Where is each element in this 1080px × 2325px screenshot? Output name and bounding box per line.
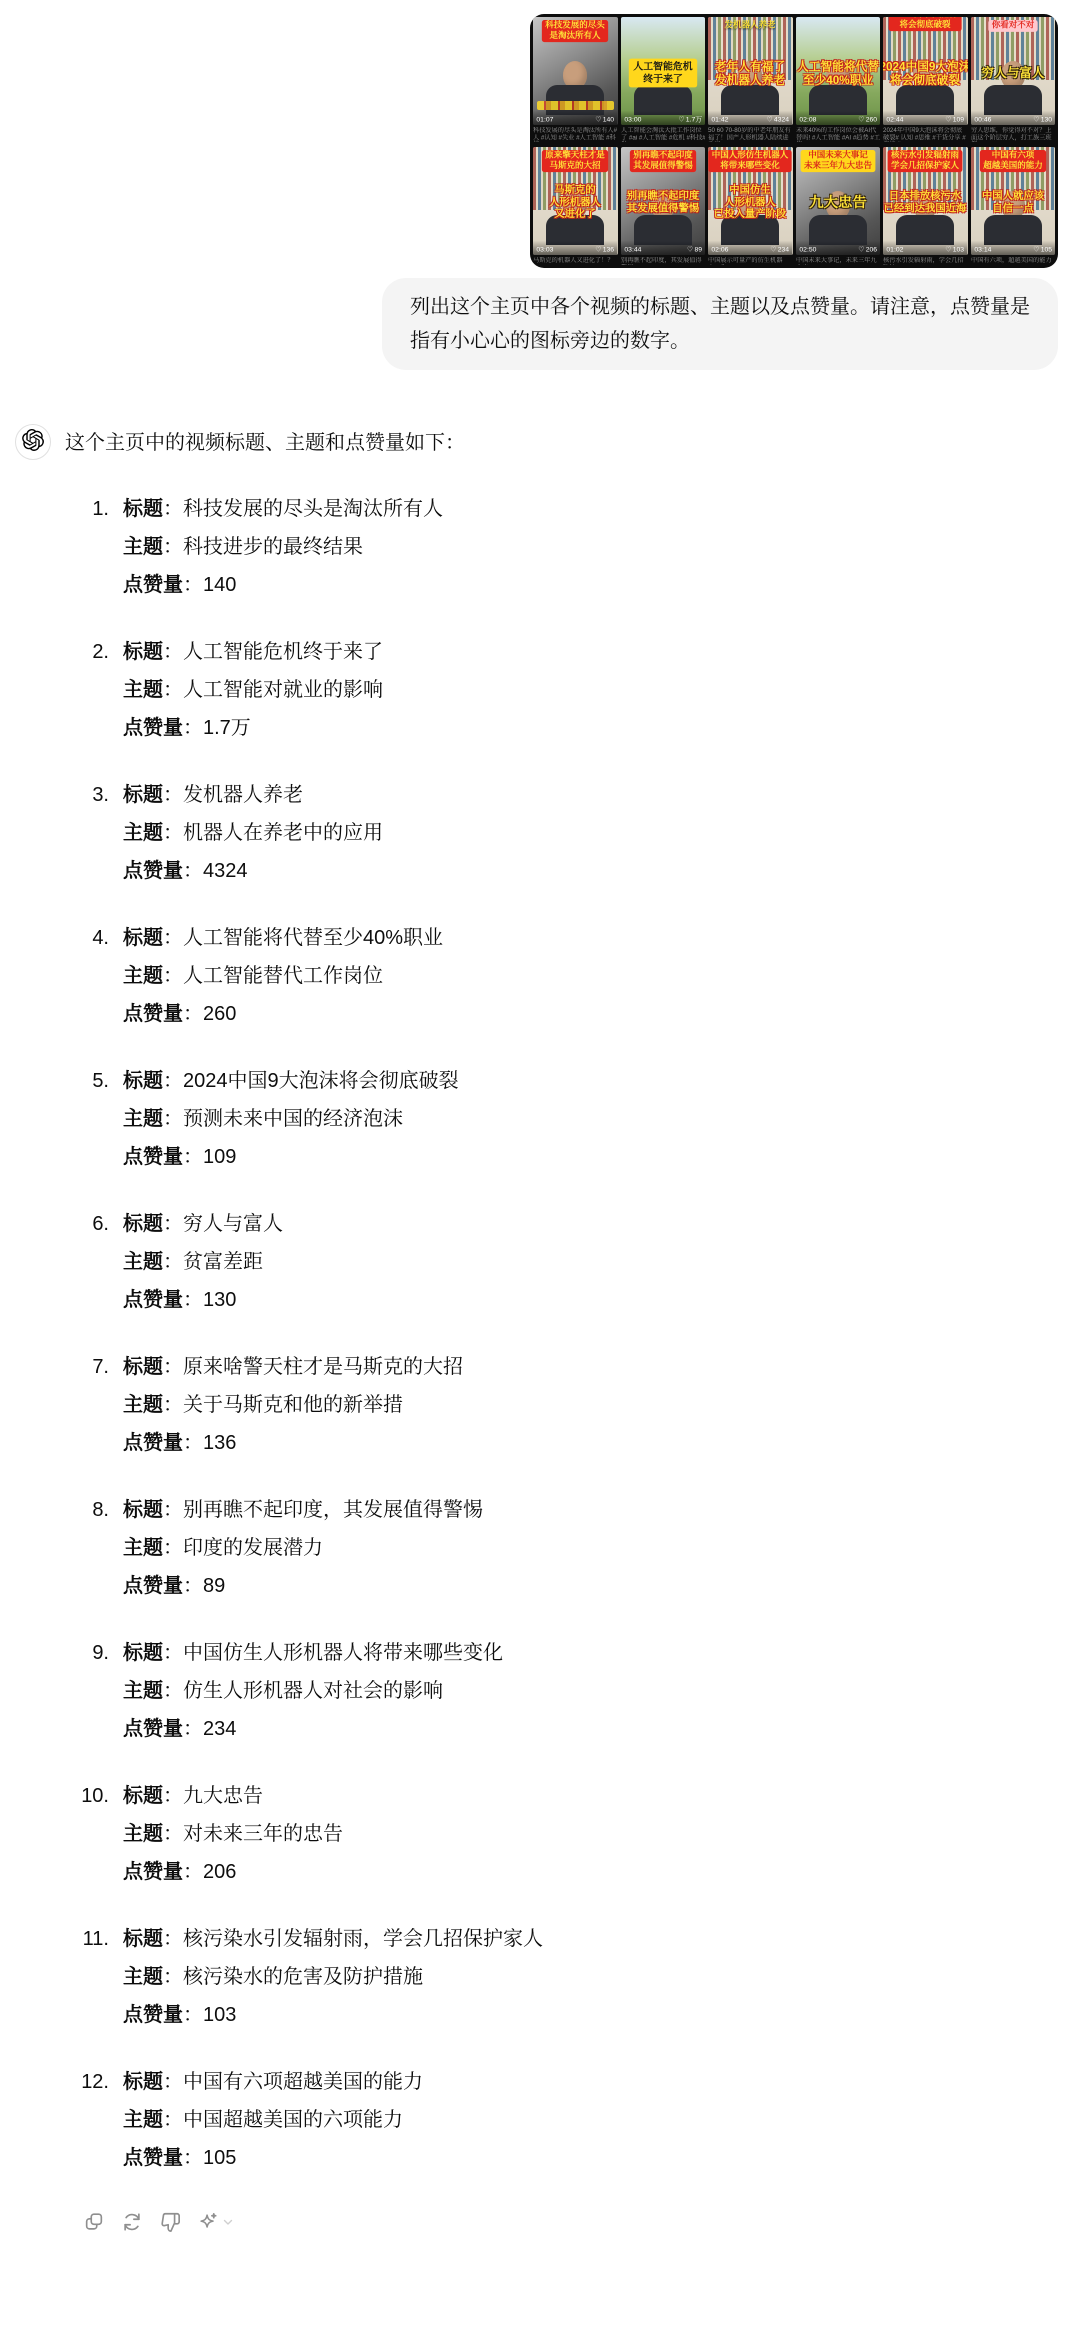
overlay-line: 人形机器人 [549,197,601,209]
video-preview: 发机器人养老老年人有福了发机器人养老01:42♡4324 [708,17,793,125]
video-meta-bar: 03:03♡136 [533,241,617,255]
chevron-down-icon [221,2215,235,2229]
item-likes-line: 点赞量：130 [123,1281,283,1319]
item-likes-label: 点赞量 [123,1289,183,1311]
video-meta-bar: 02:06♡234 [708,241,792,255]
item-title-line: 标题：人工智能将代替至少40%职业 [123,919,443,957]
banner-line: 别再瞧不起印度 [633,151,693,161]
like-count: ♡1.7万 [678,116,702,123]
thumbnail-overlay-title: 穷人与富人 [981,66,1044,80]
overlay-line: 人工智能将代替 [797,60,879,74]
item-title-value: 人工智能危机终于来了 [183,641,383,663]
thumbnail-banner: 2024中国9大泡沫将会彻底破裂 [889,17,962,31]
item-topic-label: 主题 [123,1394,163,1416]
item-title-label: 标题 [123,1499,163,1521]
video-thumbnail: 中国未来大事记未来三年九大忠告九大忠告02:50♡206中国未来大事记，未来三年… [796,147,881,265]
video-list: 1.标题：科技发展的尽头是淘汰所有人主题：科技进步的最终结果点赞量：1402.标… [65,490,1058,2177]
item-likes-colon: ： [183,574,203,596]
video-caption-text: 2024年中国9大泡沫将会彻底破裂# 认知 #思维 #干货分享 #泡沫 #… [883,127,968,142]
like-count: ♡103 [945,246,964,253]
thumbnail-overlay-title: 别再瞧不起印度其发展值得警惕 [627,191,699,215]
list-item: 5.标题：2024中国9大泡沫将会彻底破裂主题：预测未来中国的经济泡沫点赞量：1… [65,1062,1058,1176]
item-likes-colon: ： [183,717,203,739]
heart-icon: ♡ [687,246,693,253]
like-count: ♡140 [595,116,614,123]
item-title-line: 标题：九大忠告 [123,1777,343,1815]
overlay-line: 日本排放核污水 [884,191,967,203]
video-meta-bar: 01:07♡140 [533,111,617,125]
thumbnail-banner: 中国未来大事记未来三年九大忠告 [800,150,875,172]
item-topic-label: 主题 [123,1823,163,1845]
video-duration: 03:00 [624,116,641,123]
video-caption: 中国展示可量产的仿生机器人，生 [708,257,793,265]
item-likes-line: 点赞量：103 [123,1996,543,2034]
thumbnail-banner: 你看对不对 [988,20,1037,32]
item-likes-value: 1.7万 [203,717,251,739]
item-likes-colon: ： [183,1575,203,1597]
item-title-colon: ： [163,2071,183,2093]
item-likes-value: 89 [203,1575,225,1597]
item-likes-colon: ： [183,1289,203,1311]
assistant-turn: 这个主页中的视频标题、主题和点赞量如下： 1.标题：科技发展的尽头是淘汰所有人主… [15,424,1058,2233]
video-duration: 03:03 [536,246,553,253]
banner-line: 马斯克的大招 [546,161,606,171]
like-number: 89 [694,246,702,253]
like-number: 206 [865,246,876,253]
caption-overlay-strip [537,101,614,110]
video-caption: 中国有六项，超越美国的能力 # [971,257,1056,265]
overlay-line: 2024中国9大泡沫 [883,60,968,74]
video-meta-bar: 03:00♡1.7万 [621,111,705,125]
regenerate-button[interactable] [121,2211,143,2233]
item-likes-label: 点赞量 [123,2004,183,2026]
like-number: 4324 [774,116,789,123]
item-likes-label: 点赞量 [123,717,183,739]
overlay-line: 穷人与富人 [981,66,1044,80]
item-likes-value: 136 [203,1432,236,1454]
video-duration: 02:50 [799,246,816,253]
item-likes-colon: ： [183,2147,203,2169]
item-topic-line: 主题：对未来三年的忠告 [123,1815,343,1853]
item-topic-value: 对未来三年的忠告 [183,1823,343,1845]
item-topic-line: 主题：中国超越美国的六项能力 [123,2101,423,2139]
banner-line: 核污水引发辐射雨 [891,151,959,161]
thumbnail-overlay-title: 中国人就应该自信一点 [982,191,1044,215]
like-count: ♡105 [1033,246,1052,253]
overlay-line: 其发展值得警惕 [627,203,699,215]
item-title-colon: ： [163,1642,183,1664]
video-meta-bar: 01:02♡103 [883,241,967,255]
item-topic-colon: ： [163,536,183,558]
item-title-value: 发机器人养老 [183,784,303,806]
item-likes-line: 点赞量：260 [123,995,443,1033]
assistant-message: 这个主页中的视频标题、主题和点赞量如下： 1.标题：科技发展的尽头是淘汰所有人主… [65,424,1058,2233]
overlay-line: 自信一点 [982,203,1044,215]
video-caption: 未来40%的工作岗位会被AI代替吗! #人工智能 #AI #趋势 #工作… [796,127,881,142]
overlay-line: 中国仿生 [714,185,786,197]
item-title-line: 标题：2024中国9大泡沫将会彻底破裂 [123,1062,459,1100]
video-preview: 科技发展的尽头是淘汰所有人01:07♡140 [533,17,618,125]
item-likes-value: 260 [203,1003,236,1025]
copy-button[interactable] [83,2211,105,2233]
like-count: ♡260 [858,116,877,123]
item-likes-line: 点赞量：4324 [123,852,383,890]
thumbs-down-icon [159,2211,181,2233]
item-title-colon: ： [163,1356,183,1378]
banner-line: 你看对不对 [992,21,1035,31]
item-number: 2. [65,633,109,747]
video-duration: 01:42 [711,116,728,123]
uploaded-image-attachment[interactable]: 科技发展的尽头是淘汰所有人01:07♡140科技发展的尽头是淘汰所有人#人 #认… [530,14,1058,268]
item-topic-label: 主题 [123,965,163,987]
item-title-colon: ： [163,1785,183,1807]
item-topic-label: 主题 [123,822,163,844]
video-meta-bar: 00:46♡130 [971,111,1055,125]
item-topic-colon: ： [163,679,183,701]
item-title-line: 标题：科技发展的尽头是淘汰所有人 [123,490,443,528]
item-topic-value: 关于马斯克和他的新举措 [183,1394,403,1416]
video-caption-text: 中国展示可量产的仿生机器人，生 [708,257,793,265]
item-likes-colon: ： [183,1003,203,1025]
item-title-label: 标题 [123,927,163,949]
item-number: 11. [65,1920,109,2034]
list-item: 2.标题：人工智能危机终于来了主题：人工智能对就业的影响点赞量：1.7万 [65,633,1058,747]
list-item: 10.标题：九大忠告主题：对未来三年的忠告点赞量：206 [65,1777,1058,1891]
video-caption: 50 60 70-80岁的中老年朋友有福了！国产人形机器人陆续进千家… [708,127,793,142]
video-preview: 原来擎天柱才是马斯克的大招马斯克的人形机器人又进化了03:03♡136 [533,147,618,255]
item-topic-colon: ： [163,1966,183,1988]
item-likes-line: 点赞量：136 [123,1424,463,1462]
video-thumbnail: 中国人形仿生机器人将带来哪些变化中国仿生人形机器人已投入量产阶段02:06♡23… [708,147,793,265]
banner-line: 超越美国的能力 [983,161,1043,171]
item-likes-line: 点赞量：109 [123,1138,459,1176]
like-number: 1.7万 [685,116,701,123]
item-number: 6. [65,1205,109,1319]
thumbnail-banner: 中国人形仿生机器人将带来哪些变化 [709,150,792,172]
item-topic-value: 仿生人形机器人对社会的影响 [183,1680,443,1702]
like-number: 260 [865,116,876,123]
item-likes-value: 206 [203,1861,236,1883]
item-lines: 标题：2024中国9大泡沫将会彻底破裂主题：预测未来中国的经济泡沫点赞量：109 [123,1062,459,1176]
item-lines: 标题：中国有六项超越美国的能力主题：中国超越美国的六项能力点赞量：105 [123,2063,423,2177]
item-lines: 标题：核污染水引发辐射雨，学会几招保护家人主题：核污染水的危害及防护措施点赞量：… [123,1920,543,2034]
like-count: ♡206 [858,246,877,253]
item-likes-value: 234 [203,1718,236,1740]
item-likes-value: 105 [203,2147,236,2169]
item-likes-label: 点赞量 [123,574,183,596]
item-topic-value: 中国超越美国的六项能力 [183,2109,403,2131]
item-likes-colon: ： [183,2004,203,2026]
item-topic-line: 主题：科技进步的最终结果 [123,528,443,566]
item-topic-colon: ： [163,1108,183,1130]
video-preview: 人工智能将代替至少40%职业02:08♡260 [796,17,881,125]
video-preview: 你看对不对穷人与富人00:46♡130 [971,17,1056,125]
video-preview: 人工智能危机终于来了03:00♡1.7万 [621,17,706,125]
item-title-line: 标题：中国有六项超越美国的能力 [123,2063,423,2101]
item-number: 9. [65,1634,109,1748]
like-count: ♡109 [945,116,964,123]
item-title-value: 人工智能将代替至少40%职业 [183,927,443,949]
item-number: 10. [65,1777,109,1891]
video-thumbnail: 人工智能将代替至少40%职业02:08♡260未来40%的工作岗位会被AI代替吗… [796,17,881,142]
item-title-colon: ： [163,1070,183,1092]
list-item: 7.标题：原来啥警天柱才是马斯克的大招主题：关于马斯克和他的新举措点赞量：136 [65,1348,1058,1462]
banner-line: 原来擎天柱才是 [546,151,606,161]
item-topic-value: 预测未来中国的经济泡沫 [183,1108,403,1130]
list-item: 8.标题：别再瞧不起印度，其发展值得警惕主题：印度的发展潜力点赞量：89 [65,1491,1058,1605]
overlay-line: 马斯克的 [549,185,601,197]
item-title-value: 中国仿生人形机器人将带来哪些变化 [183,1642,503,1664]
banner-line: 将带来哪些变化 [712,161,789,171]
item-title-line: 标题：原来啥警天柱才是马斯克的大招 [123,1348,463,1386]
video-caption: 2024年中国9大泡沫将会彻底破裂# 认知 #思维 #干货分享 #泡沫 #… [883,127,968,142]
video-caption: 科技发展的尽头是淘汰所有人#人 #认知 #失业 #人工智能 #科技 … [533,127,618,142]
banner-line: 是淘汰所有人 [546,31,606,41]
item-likes-line: 点赞量：1.7万 [123,709,383,747]
item-topic-value: 印度的发展潜力 [183,1537,323,1559]
heart-icon: ♡ [595,116,601,123]
item-topic-value: 科技进步的最终结果 [183,536,363,558]
copy-icon [83,2211,105,2233]
list-item: 3.标题：发机器人养老主题：机器人在养老中的应用点赞量：4324 [65,776,1058,890]
list-item: 6.标题：穷人与富人主题：贫富差距点赞量：130 [65,1205,1058,1319]
video-thumbnail: 人工智能危机终于来了03:00♡1.7万人工智能会淘汰大批工作岗位了 #ai #… [621,17,706,142]
item-number: 4. [65,919,109,1033]
video-caption: 中国未来大事记，未来三年九大忠 [796,257,881,265]
thumbnail-grid: 科技发展的尽头是淘汰所有人01:07♡140科技发展的尽头是淘汰所有人#人 #认… [533,17,1055,265]
item-topic-value: 贫富差距 [183,1251,263,1273]
assistant-intro: 这个主页中的视频标题、主题和点赞量如下： [65,428,1058,458]
item-title-line: 标题：人工智能危机终于来了 [123,633,383,671]
item-likes-line: 点赞量：105 [123,2139,423,2177]
item-lines: 标题：别再瞧不起印度，其发展值得警惕主题：印度的发展潜力点赞量：89 [123,1491,483,1605]
item-number: 12. [65,2063,109,2177]
item-likes-colon: ： [183,1861,203,1883]
model-switcher-button[interactable] [197,2211,235,2233]
list-item: 11.标题：核污染水引发辐射雨，学会几招保护家人主题：核污染水的危害及防护措施点… [65,1920,1058,2034]
banner-line: 其发展值得警惕 [633,161,693,171]
banner-line: 中国人形仿生机器人 [712,151,789,161]
video-caption: 马斯克的机器人又进化了！？ [533,257,618,265]
thumbnail-banner: 发机器人养老 [721,20,779,32]
item-title-colon: ： [163,1213,183,1235]
like-number: 136 [603,246,614,253]
banner-line: 将会彻底破裂 [892,20,958,30]
item-lines: 标题：穷人与富人主题：贫富差距点赞量：130 [123,1205,283,1319]
item-topic-line: 主题：预测未来中国的经济泡沫 [123,1100,459,1138]
overlay-line: 将会彻底破裂 [883,73,968,87]
heart-icon: ♡ [1033,246,1039,253]
like-number: 103 [953,246,964,253]
item-title-label: 标题 [123,1785,163,1807]
item-likes-colon: ： [183,860,203,882]
item-topic-value: 机器人在养老中的应用 [183,822,383,844]
item-likes-line: 点赞量：140 [123,566,443,604]
sparkle-icon [197,2211,219,2233]
user-message-bubble: 列出这个主页中各个视频的标题、主题以及点赞量。请注意，点赞量是 指有小心心的图标… [382,278,1058,370]
list-item: 1.标题：科技发展的尽头是淘汰所有人主题：科技进步的最终结果点赞量：140 [65,490,1058,604]
thumbnail-banner: 别再瞧不起印度其发展值得警惕 [630,150,696,172]
list-item: 4.标题：人工智能将代替至少40%职业主题：人工智能替代工作岗位点赞量：260 [65,919,1058,1033]
video-meta-bar: 02:08♡260 [796,111,880,125]
video-thumbnail: 别再瞧不起印度其发展值得警惕别再瞧不起印度其发展值得警惕03:44♡89别再瞧不… [621,147,706,265]
item-likes-line: 点赞量：206 [123,1853,343,1891]
item-likes-label: 点赞量 [123,1861,183,1883]
video-duration: 01:07 [536,116,553,123]
video-preview: 核污水引发辐射雨学会几招保护家人日本排放核污水已经到达我国近海01:02♡103 [883,147,968,255]
item-topic-value: 人工智能替代工作岗位 [183,965,383,987]
item-lines: 标题：科技发展的尽头是淘汰所有人主题：科技进步的最终结果点赞量：140 [123,490,443,604]
like-count: ♡136 [595,246,614,253]
banner-line: 学会几招保护家人 [891,161,959,171]
video-caption-text: 中国有六项，超越美国的能力 # [971,257,1056,265]
thumbs-down-button[interactable] [159,2211,181,2233]
item-title-line: 标题：别再瞧不起印度，其发展值得警惕 [123,1491,483,1529]
overlay-line: 又进化了 [549,209,601,221]
video-caption-text: 马斯克的机器人又进化了！？ [533,257,618,264]
overlay-line: 已投入量产阶段 [714,209,786,221]
assistant-avatar [15,424,51,460]
item-likes-colon: ： [183,1718,203,1740]
item-number: 7. [65,1348,109,1462]
item-lines: 标题：原来啥警天柱才是马斯克的大招主题：关于马斯克和他的新举措点赞量：136 [123,1348,463,1462]
like-count: ♡4324 [766,116,789,123]
item-topic-line: 主题：印度的发展潜力 [123,1529,483,1567]
item-topic-colon: ： [163,965,183,987]
regenerate-icon [121,2211,143,2233]
item-likes-label: 点赞量 [123,1432,183,1454]
thumbnail-banner: 原来擎天柱才是马斯克的大招 [542,150,608,172]
overlay-line: 老年人有福了 [715,60,785,74]
item-likes-colon: ： [183,1432,203,1454]
video-meta-bar: 03:44♡89 [621,241,705,255]
item-topic-line: 主题：核污染水的危害及防护措施 [123,1958,543,1996]
heart-icon: ♡ [678,116,684,123]
heart-icon: ♡ [766,116,772,123]
item-likes-line: 点赞量：89 [123,1567,483,1605]
item-title-label: 标题 [123,1928,163,1950]
item-topic-line: 主题：人工智能对就业的影响 [123,671,383,709]
item-title-label: 标题 [123,1213,163,1235]
item-title-colon: ： [163,641,183,663]
heart-icon: ♡ [858,246,864,253]
item-likes-line: 点赞量：234 [123,1710,503,1748]
list-item: 9.标题：中国仿生人形机器人将带来哪些变化主题：仿生人形机器人对社会的影响点赞量… [65,1634,1058,1748]
item-title-label: 标题 [123,498,163,520]
video-caption: 核污水引发辐射雨，学会几招防护 [883,257,968,265]
item-title-value: 原来啥警天柱才是马斯克的大招 [183,1356,463,1378]
video-thumbnail: 中国有六项超越美国的能力中国人就应该自信一点03:14♡105中国有六项，超越美… [971,147,1056,265]
item-topic-line: 主题：仿生人形机器人对社会的影响 [123,1672,503,1710]
user-message-line: 列出这个主页中各个视频的标题、主题以及点赞量。请注意，点赞量是 [410,290,1030,324]
item-title-colon: ： [163,498,183,520]
item-topic-label: 主题 [123,679,163,701]
item-topic-label: 主题 [123,1680,163,1702]
item-title-label: 标题 [123,1070,163,1092]
item-lines: 标题：九大忠告主题：对未来三年的忠告点赞量：206 [123,1777,343,1891]
user-turn: 科技发展的尽头是淘汰所有人01:07♡140科技发展的尽头是淘汰所有人#人 #认… [15,14,1058,370]
banner-line: 科技发展的尽头 [546,21,606,31]
item-number: 1. [65,490,109,604]
overlay-line: 至少40%职业 [797,73,879,87]
item-title-value: 中国有六项超越美国的能力 [183,2071,423,2093]
item-title-value: 科技发展的尽头是淘汰所有人 [183,498,443,520]
video-caption-text: 别再瞧不起印度，其发展值得警惕 [621,257,706,265]
banner-line: 发机器人养老 [725,21,776,31]
video-thumbnail: 2024中国9大泡沫将会彻底破裂2024中国9大泡沫将会彻底破裂02:44♡10… [883,17,968,142]
item-likes-value: 103 [203,2004,236,2026]
overlay-line: 发机器人养老 [715,73,785,87]
video-thumbnail: 你看对不对穷人与富人00:46♡130穷人思维，你觉得对不对？上面这个阶层穷人，… [971,17,1056,142]
heart-icon: ♡ [945,116,951,123]
video-caption-text: 穷人思维，你觉得对不对？上面这个阶层穷人，打工族三班倒… [971,127,1056,142]
item-lines: 标题：发机器人养老主题：机器人在养老中的应用点赞量：4324 [123,776,383,890]
item-topic-label: 主题 [123,1966,163,1988]
thumbnail-overlay-title: 2024中国9大泡沫将会彻底破裂 [883,60,968,87]
item-likes-label: 点赞量 [123,860,183,882]
item-topic-colon: ： [163,1251,183,1273]
overlay-line: 人形机器人 [714,197,786,209]
overlay-line: 别再瞧不起印度 [627,191,699,203]
item-topic-label: 主题 [123,536,163,558]
like-count: ♡234 [770,246,789,253]
item-likes-label: 点赞量 [123,1575,183,1597]
item-topic-label: 主题 [123,2109,163,2131]
video-preview: 中国有六项超越美国的能力中国人就应该自信一点03:14♡105 [971,147,1056,255]
item-title-label: 标题 [123,1356,163,1378]
item-title-line: 标题：中国仿生人形机器人将带来哪些变化 [123,1634,503,1672]
video-caption-text: 中国未来大事记，未来三年九大忠 [796,257,881,265]
like-number: 234 [778,246,789,253]
item-likes-label: 点赞量 [123,1003,183,1025]
video-caption: 穷人思维，你觉得对不对？上面这个阶层穷人，打工族三班倒… [971,127,1056,142]
video-caption-text: 人工智能会淘汰大批工作岗位了 #ai #人工智能 #危机 #科技#发… [621,127,706,142]
overlay-line: 终于来了 [633,73,692,86]
item-likes-value: 130 [203,1289,236,1311]
item-title-colon: ： [163,927,183,949]
thumbnail-banner: 中国有六项超越美国的能力 [980,150,1046,172]
video-thumbnail: 发机器人养老老年人有福了发机器人养老01:42♡432450 60 70-80岁… [708,17,793,142]
video-thumbnail: 原来擎天柱才是马斯克的大招马斯克的人形机器人又进化了03:03♡136马斯克的机… [533,147,618,265]
thumbnail-overlay-title: 马斯克的人形机器人又进化了 [549,185,601,221]
video-duration: 00:46 [974,116,991,123]
item-title-colon: ： [163,1499,183,1521]
item-likes-label: 点赞量 [123,1146,183,1168]
heart-icon: ♡ [595,246,601,253]
like-number: 105 [1040,246,1051,253]
video-caption-text: 50 60 70-80岁的中老年朋友有福了！国产人形机器人陆续进千家… [708,127,793,142]
item-title-value: 穷人与富人 [183,1213,283,1235]
thumbnail-overlay-title: 日本排放核污水已经到达我国近海 [884,191,967,215]
item-topic-colon: ： [163,1680,183,1702]
video-caption-text: 核污水引发辐射雨，学会几招防护 [883,257,968,265]
item-title-value: 别再瞧不起印度，其发展值得警惕 [183,1499,483,1521]
heart-icon: ♡ [945,246,951,253]
item-lines: 标题：人工智能危机终于来了主题：人工智能对就业的影响点赞量：1.7万 [123,633,383,747]
item-topic-colon: ： [163,1823,183,1845]
video-preview: 2024中国9大泡沫将会彻底破裂2024中国9大泡沫将会彻底破裂02:44♡10… [883,17,968,125]
item-topic-line: 主题：贫富差距 [123,1243,283,1281]
heart-icon: ♡ [1033,116,1039,123]
video-caption-text: 科技发展的尽头是淘汰所有人#人 #认知 #失业 #人工智能 #科技 … [533,127,618,142]
item-title-label: 标题 [123,2071,163,2093]
thumbnail-overlay-title: 老年人有福了发机器人养老 [715,60,785,87]
item-topic-value: 人工智能对就业的影响 [183,679,383,701]
item-topic-colon: ： [163,1394,183,1416]
item-title-label: 标题 [123,1642,163,1664]
item-number: 3. [65,776,109,890]
item-title-colon: ： [163,784,183,806]
